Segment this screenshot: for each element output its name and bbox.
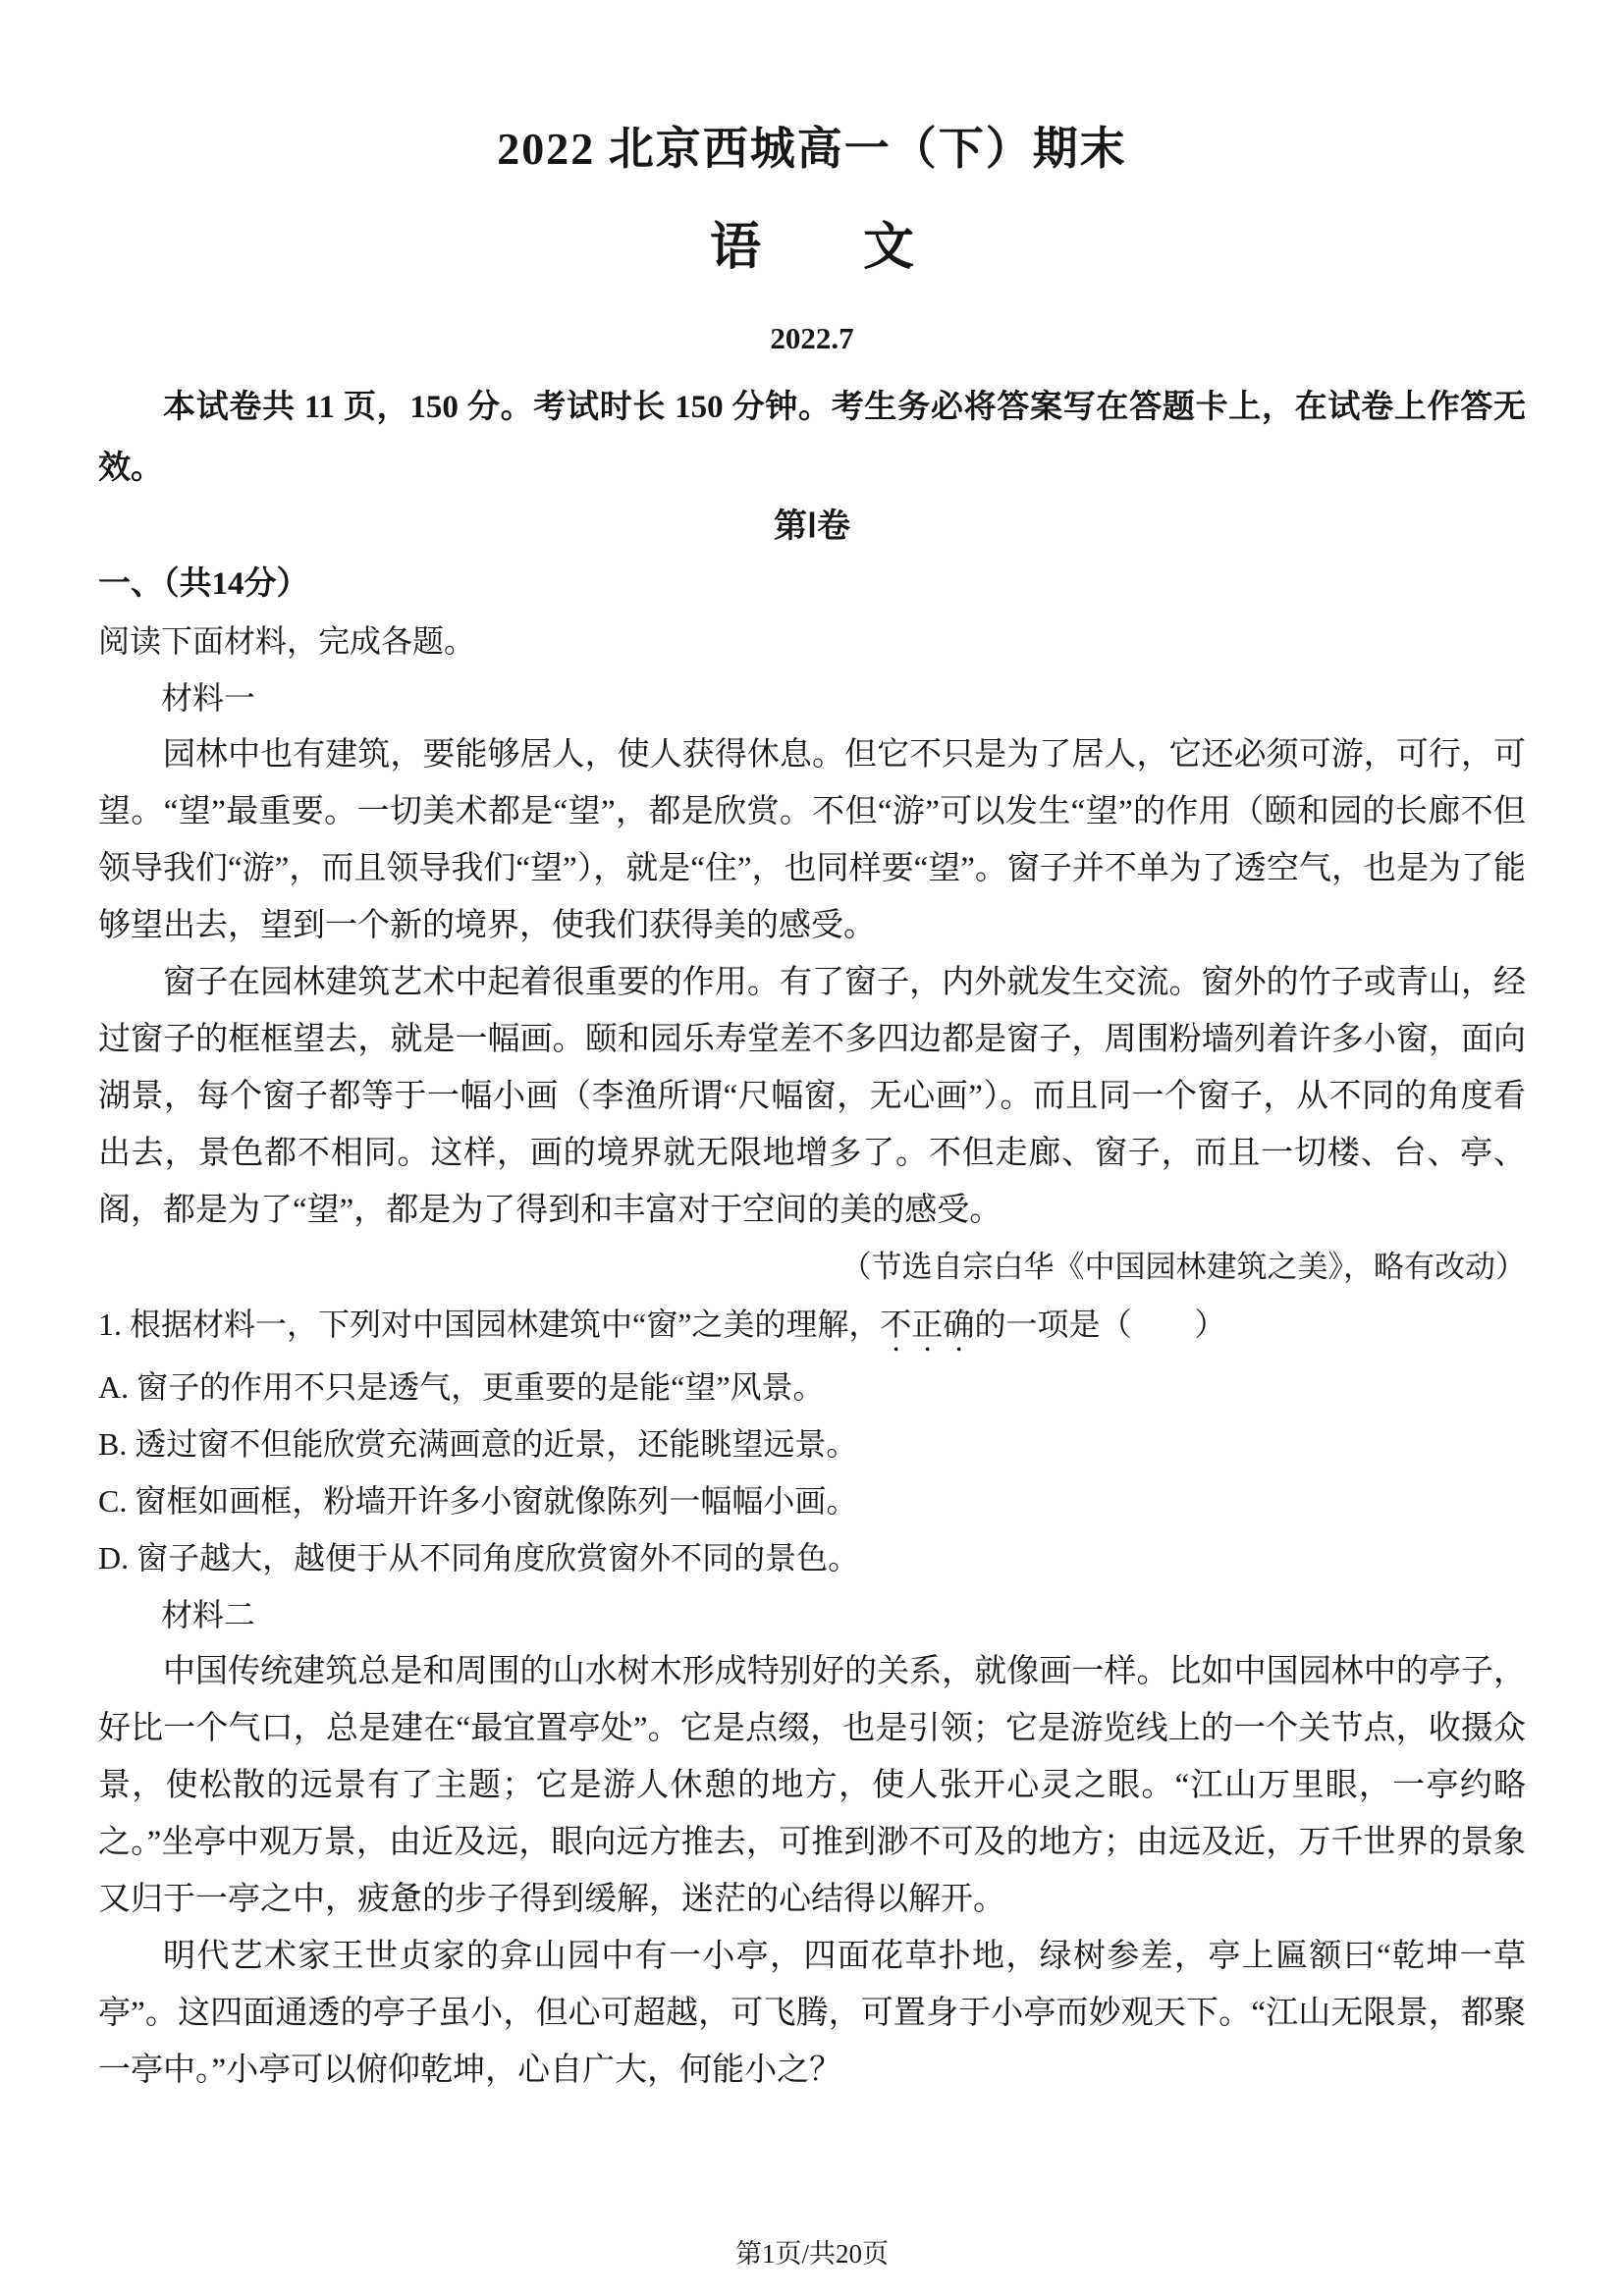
section-intro: 阅读下面材料，完成各题。 [98, 613, 1526, 669]
exam-paper: 2022 北京西城高一（下）期末 语 文 2022.7 本试卷共 11 页，15… [0, 0, 1624, 2099]
document-page: { "header": { "title": "2022 北京西城高一（下）期末… [0, 0, 1624, 2296]
volume-heading: 第Ⅰ卷 [98, 499, 1526, 556]
question-1-stem-emphasis: 不正确 [880, 1307, 974, 1342]
option-c-letter: C. [98, 1483, 127, 1519]
option-c-text: 窗框如画框，粉墙开许多小窗就像陈列一幅幅小画。 [135, 1483, 857, 1519]
material-two-paragraph-1: 中国传统建筑总是和周围的山水树木形成特别好的关系，就像画一样。比如中国园林中的亭… [98, 1643, 1526, 1928]
option-b-letter: B. [98, 1426, 127, 1462]
option-d-text: 窗子越大，越便于从不同角度欣赏窗外不同的景色。 [136, 1540, 859, 1575]
question-1-option-c: C. 窗框如画框，粉墙开许多小窗就像陈列一幅幅小画。 [98, 1472, 1526, 1529]
exam-title: 2022 北京西城高一（下）期末 [98, 124, 1526, 175]
question-1-option-a: A. 窗子的作用不只是透气，更重要的是能“望”风景。 [98, 1359, 1526, 1415]
material-two-paragraph-2: 明代艺术家王世贞家的弇山园中有一小亭，四面花草扑地，绿树参差，亭上匾额曰“乾坤一… [98, 1928, 1526, 2099]
material-one-attribution: （节选自宗白华《中国园林建筑之美》，略有改动） [98, 1239, 1526, 1296]
option-b-text: 透过窗不但能欣赏充满画意的近景，还能眺望远景。 [135, 1426, 857, 1462]
page-number: 第1页/共20页 [0, 2232, 1624, 2270]
question-1-option-b: B. 透过窗不但能欣赏充满画意的近景，还能眺望远景。 [98, 1415, 1526, 1472]
question-1-stem-before: 1. 根据材料一，下列对中国园林建筑中“窗”之美的理解， [98, 1307, 880, 1342]
material-one-paragraph-1: 园林中也有建筑，要能够居人，使人获得休息。但它不只是为了居人，它还必须可游，可行… [98, 726, 1526, 954]
question-1-stem-after: 的一项是（ ） [974, 1307, 1225, 1342]
section-heading: 一、（共14分） [98, 556, 1526, 613]
question-1-stem: 1. 根据材料一，下列对中国园林建筑中“窗”之美的理解，不正确的一项是（ ） [98, 1296, 1526, 1359]
material-one-label: 材料一 [98, 669, 1526, 726]
material-two-label: 材料二 [98, 1586, 1526, 1643]
exam-subject: 语 文 [98, 220, 1526, 277]
option-a-letter: A. [98, 1369, 129, 1405]
option-d-letter: D. [98, 1540, 129, 1575]
question-1-option-d: D. 窗子越大，越便于从不同角度欣赏窗外不同的景色。 [98, 1529, 1526, 1586]
material-one-paragraph-2: 窗子在园林建筑艺术中起着很重要的作用。有了窗子，内外就发生交流。窗外的竹子或青山… [98, 954, 1526, 1239]
option-a-text: 窗子的作用不只是透气，更重要的是能“望”风景。 [136, 1369, 824, 1405]
exam-date: 2022.7 [98, 320, 1526, 357]
exam-notice: 本试卷共 11 页，150 分。考试时长 150 分钟。考生务必将答案写在答题卡… [98, 377, 1526, 499]
